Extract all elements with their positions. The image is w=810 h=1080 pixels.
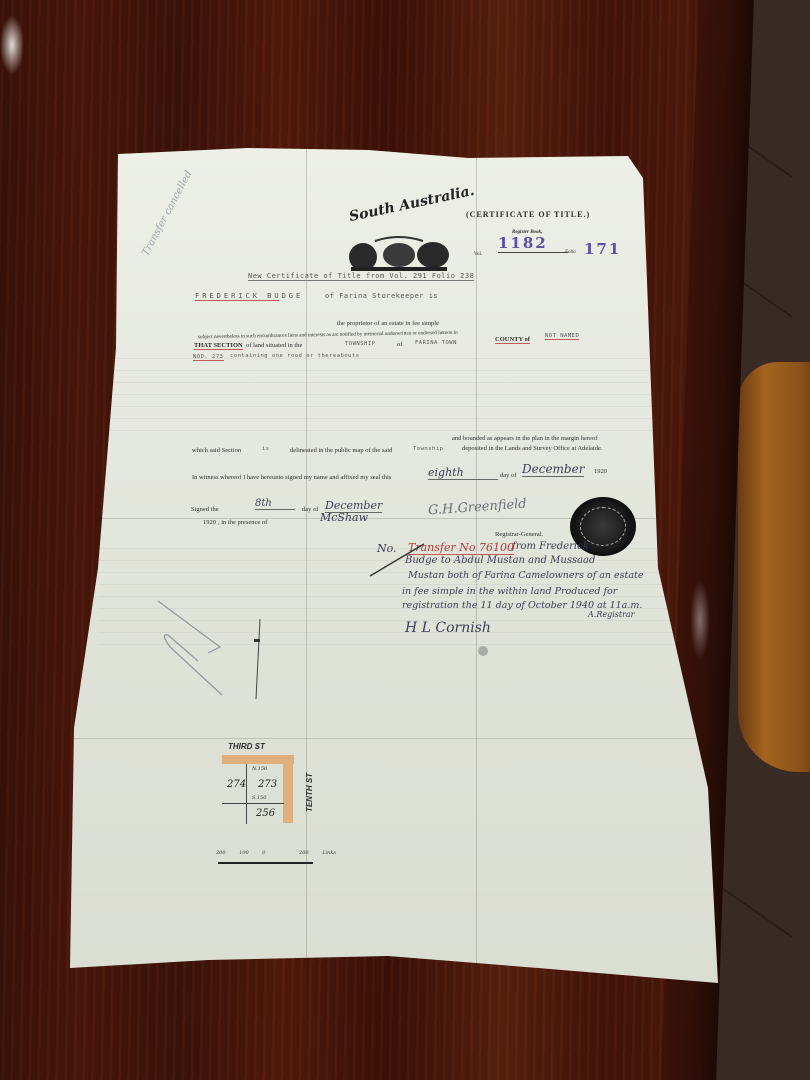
witness-prefix: In witness whereof I have hereunto signe…: [192, 474, 391, 481]
signed-day-of: day of: [302, 506, 318, 513]
light-glare: [0, 15, 24, 75]
memorial-line4: in fee simple in the within land Produce…: [402, 586, 617, 597]
memorial-line2: Budge to Abdul Mustan and Mussaad: [405, 555, 595, 566]
lot-256: 256: [256, 808, 275, 819]
witness-month: December: [522, 462, 584, 477]
witness-name: McShaw: [320, 511, 368, 524]
land-containing: containing one rood or thereabouts: [230, 353, 360, 359]
lot-273: 273: [258, 779, 277, 790]
delineated-township: Township: [413, 446, 444, 452]
pencil-scribble-icon: [150, 595, 270, 705]
delineated-middle: delineated in the public map of the said: [290, 447, 392, 454]
signed-year: 1920: [203, 519, 216, 526]
memorial-line1: from Frederick: [512, 541, 589, 552]
memorial-line3: Mustan both of Farina Camelowners of an …: [408, 570, 643, 581]
pin-hole: [478, 646, 488, 656]
memorial-signature-title: A.Registrar: [588, 610, 635, 619]
delineated-suffix: deposited in the Lands and Survey Office…: [462, 445, 603, 452]
bounded-line: and bounded as appears in the plan in th…: [452, 435, 597, 442]
land-prefix: THAT SECTION: [194, 342, 243, 350]
street-third: THIRD ST: [228, 742, 265, 751]
table-edge-shine: [690, 580, 710, 660]
delineated-is: is: [262, 446, 270, 452]
scale-labels: 200 100 0 200 Links: [216, 850, 336, 856]
signed-day: 8th: [255, 498, 295, 510]
dimension-south: S.150: [252, 795, 266, 801]
scale-label: 200: [216, 850, 226, 856]
witness-year: 1920: [594, 468, 607, 475]
document-title: (CERTIFICATE OF TITLE.): [466, 210, 590, 219]
lot-boundary: [222, 803, 284, 804]
folio-label: Folio: [565, 250, 576, 255]
presence-label: , in the presence of: [218, 519, 267, 526]
section-number: NOD. 273: [193, 354, 224, 361]
new-certificate-line: New Certificate of Title from Vol. 291 F…: [248, 272, 474, 281]
witness-day: eighth: [428, 466, 498, 480]
scale-label: 0: [262, 850, 265, 856]
land-town-name: FARINA TOWN: [415, 340, 457, 346]
lot-274: 274: [227, 779, 246, 790]
dimension-north: N.150: [252, 766, 267, 772]
estate-line: the proprietor of an estate in fee simpl…: [337, 320, 439, 327]
proprietor-description: of Farina Storekeeper is: [325, 292, 438, 300]
lot-boundary: [246, 764, 247, 824]
county-name: NOT NAMED: [545, 333, 579, 340]
coat-of-arms-icon: [345, 233, 453, 273]
registrar-title: Registrar-General.: [495, 531, 543, 538]
memorial-signature: H L Cornish: [405, 620, 491, 636]
volume-number: 1182: [498, 234, 568, 253]
county-label: COUNTY of: [495, 336, 530, 344]
land-of: of: [397, 341, 402, 348]
proprietor-name: FREDERICK BUDGE: [195, 292, 279, 301]
cancellation-stroke-icon: [368, 540, 428, 580]
land-text: of land situated in the: [246, 342, 302, 349]
witness-day-of: day of: [500, 472, 516, 479]
street-tenth: TENTH ST: [305, 773, 314, 812]
scale-label: 100: [239, 850, 249, 856]
vol-label: Vol.: [474, 252, 482, 257]
tenth-street-road: [283, 755, 293, 823]
folio-number: 171: [584, 240, 621, 258]
scale-label: 200 Links: [299, 850, 336, 856]
delineated-prefix: which said Section: [192, 447, 241, 454]
signed-label: Signed the: [191, 506, 219, 513]
chair-back: [738, 362, 810, 772]
land-township: TOWNSHIP: [345, 341, 376, 347]
scale-bar: [218, 859, 313, 864]
